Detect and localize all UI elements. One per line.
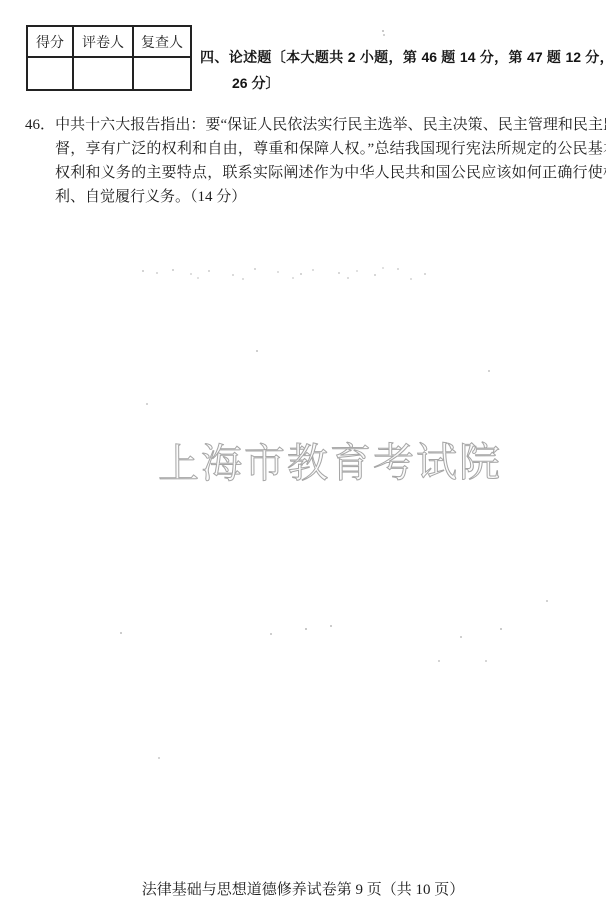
score-table: 得分 评卷人 复查人 (26, 25, 192, 91)
score-table-header-reviewer: 复查人 (133, 26, 191, 57)
score-table-empty-row (27, 57, 191, 90)
scanned-exam-page: 得分 评卷人 复查人 四、论述题〔本大题共 2 小题，第 46 题 14 分，第… (0, 0, 606, 922)
score-table-header-row: 得分 评卷人 复查人 (27, 26, 191, 57)
score-table-header-grader: 评卷人 (73, 26, 133, 57)
watermark: 上海市教育考试院 (158, 429, 502, 490)
section-heading: 四、论述题〔本大题共 2 小题，第 46 题 14 分，第 47 题 12 分，… (200, 44, 606, 96)
page-footer: 法律基础与思想道德修养试卷第 9 页（共 10 页） (0, 878, 606, 899)
scan-noise-band (142, 270, 144, 272)
score-cell-empty (27, 57, 73, 90)
score-table-header-score: 得分 (27, 26, 73, 57)
reviewer-cell-empty (133, 57, 191, 90)
question-46-text: 46．中共十六大报告指出：要“保证人民依法实行民主选举、民主决策、民主管理和民主… (25, 113, 606, 209)
scan-specks (0, 0, 2, 2)
grader-cell-empty (73, 57, 133, 90)
